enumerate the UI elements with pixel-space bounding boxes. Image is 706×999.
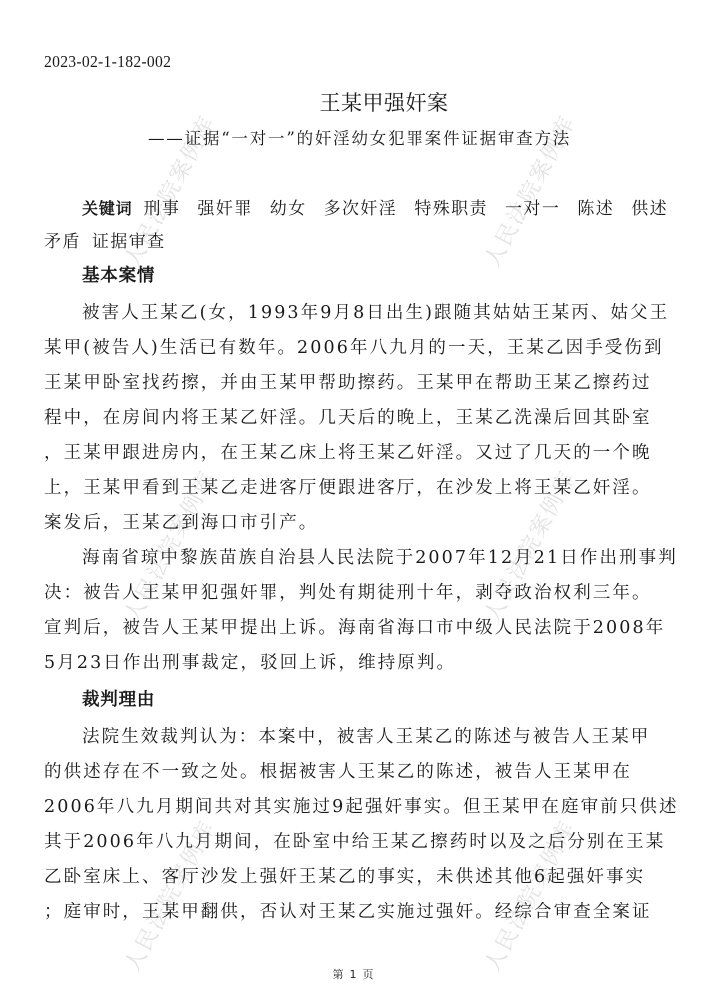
page-suffix: 页 (363, 968, 374, 981)
paragraph-line: 程中，在房间内将王某乙奸淫。几天后的晚上，王某乙洗澡后回其卧室 (44, 406, 664, 430)
paragraph-line: ；庭审时，王某甲翻供，否认对王某乙实施过强奸。经综合审查全案证 (44, 900, 664, 924)
case-number: 2023-02-1-182-002 (44, 52, 171, 72)
page-title: 王某甲强奸案 (0, 87, 706, 117)
paragraph-line: 海南省琼中黎族苗族自治县人民法院于2007年12月21日作出刑事判 (82, 546, 664, 570)
keywords-row: 关键词 刑事 强奸罪 幼女 多次奸淫 特殊职责 一对一 陈述 供述 (82, 197, 680, 221)
keyword: 证据审查 (92, 232, 166, 252)
paragraph-line: 的供述存在不一致之处。根据被害人王某乙的陈述，被告人王某甲在 (44, 760, 664, 784)
page-subtitle: ——证据“一对一”的奸淫幼女犯罪案件证据审查方法 (148, 125, 571, 149)
paragraph-line: 乙卧室床上、客厅沙发上强奸王某乙的事实，未供述其他6起强奸事实 (44, 865, 664, 889)
section-heading-basic-facts: 基本案情 (82, 264, 155, 288)
section-heading-reasoning: 裁判理由 (82, 688, 155, 712)
paragraph-line: 某甲(被告人)生活已有数年。2006年八九月的一天，王某乙因手受伤到 (44, 336, 664, 360)
paragraph-line: 案发后，王某乙到海口市引产。 (44, 511, 664, 535)
keyword: 陈述 (577, 199, 614, 219)
keyword: 刑事 (144, 199, 181, 219)
keyword: 幼女 (270, 199, 307, 219)
keywords-label: 关键词 (82, 199, 132, 218)
paragraph-line: 5月23日作出刑事裁定，驳回上诉，维持原判。 (44, 651, 664, 675)
keywords-row-continued: 矛盾 证据审查 (44, 230, 178, 254)
paragraph-line: 被害人王某乙(女，1993年9月8日出生)跟随其姑姑王某丙、姑父王 (82, 301, 664, 325)
paragraph-line: 决：被告人王某甲犯强奸罪，判处有期徒刑十年，剥夺政治权利三年。 (44, 581, 664, 605)
paragraph-line: 法院生效裁判认为：本案中，被害人王某乙的陈述与被告人王某甲 (82, 725, 664, 749)
document-page: 人民法院案例库 人民法院案例库 人民法院案例库 人民法院案例库 人民法院案例库 … (0, 0, 706, 999)
keyword: 多次奸淫 (324, 199, 398, 219)
page-number: 1 (350, 968, 357, 981)
page-prefix: 第 (333, 968, 344, 981)
paragraph-line: 上，王某甲看到王某乙走进客厅便跟进客厅，在沙发上将王某乙奸淫。 (44, 476, 664, 500)
paragraph-line: 其于2006年八九月期间，在卧室中给王某乙擦药时以及之后分别在王某 (44, 830, 664, 854)
keyword: 强奸罪 (197, 199, 252, 219)
page-footer: 第1页 (0, 966, 706, 982)
keyword: 一对一 (505, 199, 560, 219)
paragraph-line: 2006年八九月期间共对其实施过9起强奸事实。但王某甲在庭审前只供述 (44, 795, 664, 819)
keyword: 特殊职责 (414, 199, 488, 219)
paragraph-line: 王某甲卧室找药擦，并由王某甲帮助擦药。王某甲在帮助王某乙擦药过 (44, 371, 664, 395)
paragraph-line: 宣判后，被告人王某甲提出上诉。海南省海口市中级人民法院于2008年 (44, 616, 664, 640)
keyword: 供述 (631, 199, 668, 219)
keyword: 矛盾 (44, 232, 81, 252)
paragraph-line: ，王某甲跟进房内，在王某乙床上将王某乙奸淫。又过了几天的一个晚 (44, 441, 664, 465)
